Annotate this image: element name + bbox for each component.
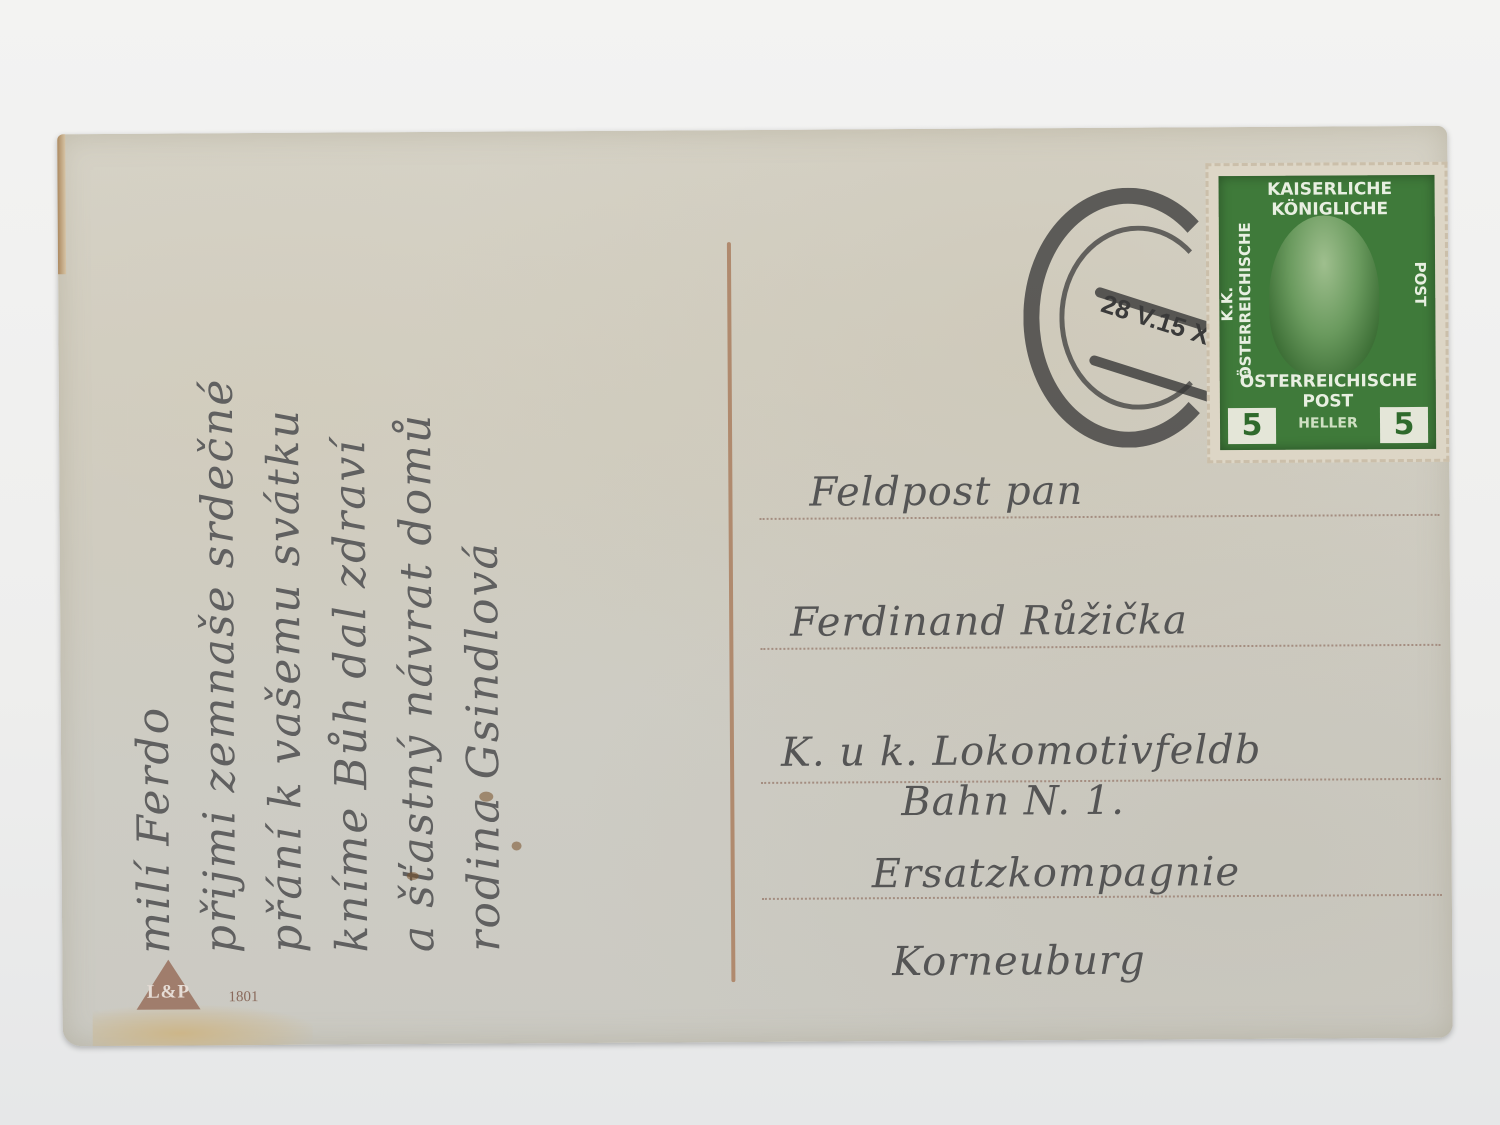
- address-line-3: K. u k. Lokomotivfeldb: [781, 727, 1262, 776]
- rust-stain: [512, 841, 522, 850]
- address-line-5: Ersatzkompagnie: [872, 849, 1241, 897]
- stamp-value-right: 5: [1380, 407, 1428, 443]
- message-line: milí Ferdo: [117, 173, 188, 953]
- handwritten-message: milí Ferdo přijmi zemnaše srdečné přání …: [117, 171, 518, 953]
- message-line: a šťastný návrat domů: [381, 172, 452, 952]
- message-line: přání k vašemu svátku: [249, 173, 320, 953]
- stamp-currency: HELLER: [1284, 415, 1372, 432]
- stamp-text-bottom: ÖSTERREICHISCHE POST: [1240, 371, 1416, 412]
- postcard: milí Ferdo přijmi zemnaše srdečné přání …: [57, 126, 1453, 1046]
- postmark-cancellation: 28 V.15 X.: [1023, 187, 1235, 448]
- series-number: 1801: [228, 989, 258, 1006]
- rust-stain: [407, 872, 419, 880]
- address-line-6: Korneuburg: [892, 938, 1146, 986]
- stamp-text-right: POST: [1411, 219, 1430, 349]
- message-line: kníme Bůh dal zdraví: [315, 172, 386, 952]
- address-line-1: Feldpost pan: [809, 468, 1083, 516]
- message-line: přijmi zemnaše srdečné: [183, 173, 254, 953]
- stamp-text-left: K.K. ÖSTERREICHISCHE: [1218, 229, 1255, 379]
- postage-stamp: KAISERLICHE KÖNIGLICHE K.K. ÖSTERREICHIS…: [1205, 162, 1449, 463]
- stamp-text-top: KAISERLICHE KÖNIGLICHE: [1235, 179, 1425, 220]
- stamp-value-left: 5: [1228, 408, 1276, 444]
- card-worn-edge: [57, 134, 66, 274]
- message-line: rodina Gsindlová: [447, 171, 518, 951]
- address-line-2: Ferdinand Růžička: [790, 597, 1188, 645]
- card-wear-stain: [93, 1005, 313, 1046]
- center-divider-line: [727, 242, 736, 982]
- stamp-design: KAISERLICHE KÖNIGLICHE K.K. ÖSTERREICHIS…: [1219, 175, 1437, 450]
- address-line-4: Bahn N. 1.: [901, 778, 1125, 825]
- emperor-portrait-icon: [1269, 215, 1380, 376]
- rust-stain: [479, 792, 493, 802]
- publisher-logo-text: L&P: [146, 981, 190, 1003]
